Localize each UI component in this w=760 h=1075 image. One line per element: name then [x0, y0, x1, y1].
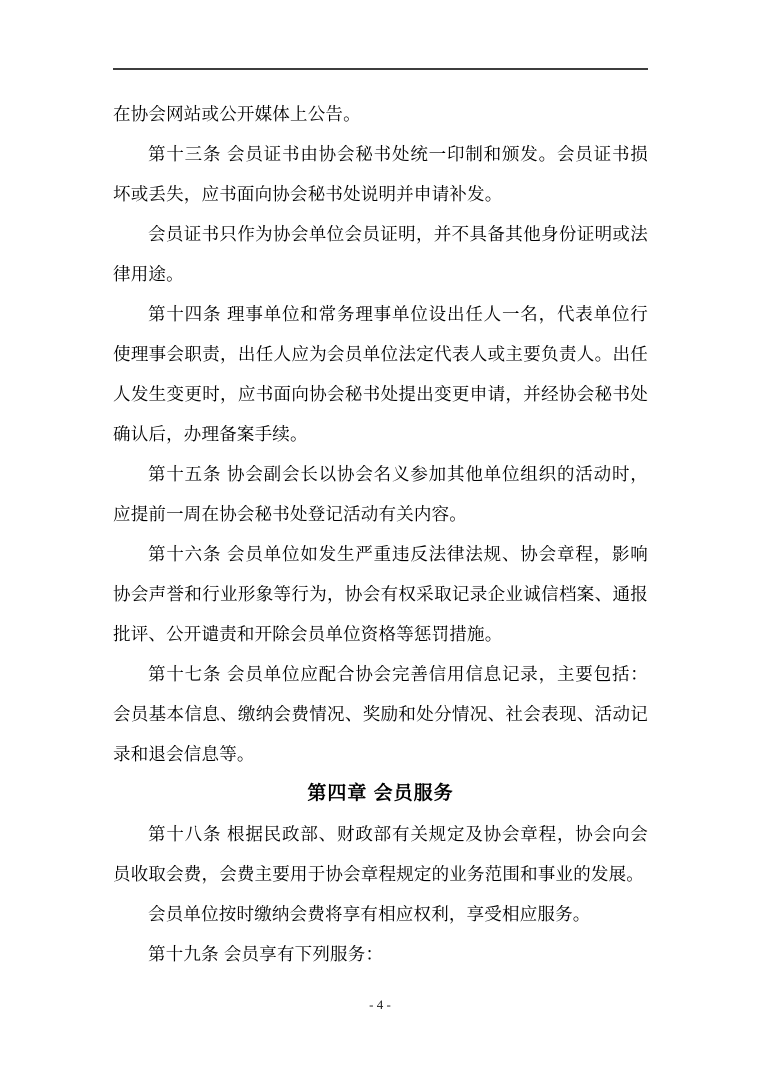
article-14-line: 第十四条 理事单位和常务理事单位设出任人一名，代表单位行: [113, 294, 648, 334]
article-14-line: 确认后，办理备案手续。: [113, 414, 648, 454]
continuation-line: 在协会网站或公开媒体上公告。: [113, 94, 648, 134]
article-19-line: 第十九条 会员享有下列服务：: [113, 934, 648, 974]
article-16-line: 协会声誉和行业形象等行为，协会有权采取记录企业诚信档案、通报: [113, 574, 648, 614]
paragraph-line: 会员单位按时缴纳会费将享有相应权利，享受相应服务。: [113, 894, 648, 934]
article-14-line: 使理事会职责，出任人应为会员单位法定代表人或主要负责人。出任: [113, 334, 648, 374]
header-rule: [113, 68, 648, 70]
article-15-line: 应提前一周在协会秘书处登记活动有关内容。: [113, 494, 648, 534]
paragraph-line: 会员证书只作为协会单位会员证明，并不具备其他身份证明或法: [113, 214, 648, 254]
paragraph-line: 律用途。: [113, 254, 648, 294]
article-16-line: 批评、公开谴责和开除会员单位资格等惩罚措施。: [113, 614, 648, 654]
article-18-line: 第十八条 根据民政部、财政部有关规定及协会章程，协会向会: [113, 814, 648, 854]
document-page: 在协会网站或公开媒体上公告。 第十三条 会员证书由协会秘书处统一印制和颁发。会员…: [0, 0, 760, 1075]
article-17-line: 录和退会信息等。: [113, 734, 648, 774]
article-13-line: 坏或丢失，应书面向协会秘书处说明并申请补发。: [113, 174, 648, 214]
page-number: - 4 -: [0, 997, 760, 1013]
article-17-line: 会员基本信息、缴纳会费情况、奖励和处分情况、社会表现、活动记: [113, 694, 648, 734]
article-14-line: 人发生变更时，应书面向协会秘书处提出变更申请，并经协会秘书处: [113, 374, 648, 414]
chapter-heading: 第四章 会员服务: [113, 774, 648, 814]
document-body: 在协会网站或公开媒体上公告。 第十三条 会员证书由协会秘书处统一印制和颁发。会员…: [113, 94, 648, 974]
article-16-line: 第十六条 会员单位如发生严重违反法律法规、协会章程，影响: [113, 534, 648, 574]
article-13-line: 第十三条 会员证书由协会秘书处统一印制和颁发。会员证书损: [113, 134, 648, 174]
article-18-line: 员收取会费，会费主要用于协会章程规定的业务范围和事业的发展。: [113, 854, 648, 894]
article-17-line: 第十七条 会员单位应配合协会完善信用信息记录，主要包括：: [113, 654, 648, 694]
article-15-line: 第十五条 协会副会长以协会名义参加其他单位组织的活动时，: [113, 454, 648, 494]
